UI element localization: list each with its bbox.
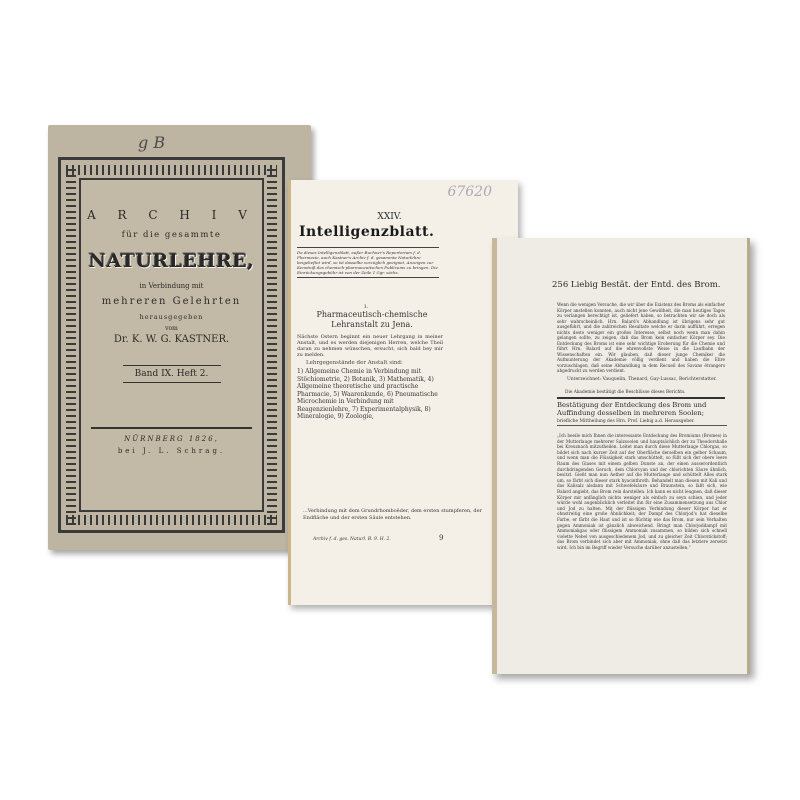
cover-in-verbindung: in Verbindung mit <box>81 282 262 290</box>
cover-publisher: bei J. L. Schrag. <box>81 447 262 455</box>
cover-volume: Band IX. Heft 2. <box>123 365 221 383</box>
report-paragraph: Wenn die wenigen Versuche, die wir über … <box>557 302 725 374</box>
ornamental-border: A R C H I V für die gesammte NATURLEHRE,… <box>58 157 285 533</box>
article-body: Nächste Ostern beginnt ein neuer Lehrgan… <box>297 334 443 358</box>
subjects-list: 1) Allgemeine Chemie in Verbindung mit S… <box>297 368 443 421</box>
article-title: Bestätigung der Entdeckung des Brom und … <box>557 401 727 417</box>
handwritten-mark: g B <box>138 133 165 152</box>
academy-line: Die Akademie bestätigt die Beschlüsse di… <box>565 390 686 395</box>
cover-title-line2: für die gesammte <box>81 230 262 240</box>
cover-place-year: NÜRNBERG 1826, <box>81 435 262 443</box>
intro-note: Da dieses Intelligenzblatt, außer Buchne… <box>297 247 439 278</box>
article-title: Pharmaceutisch-chemische Lehranstalt zu … <box>297 310 447 330</box>
section-number: XXIV. <box>291 212 488 222</box>
cover-title-archiv: A R C H I V <box>81 208 262 222</box>
letter-body: „Ich beeile mich Ihnen die interessante … <box>557 433 727 550</box>
running-header: 256 Liebig Bestät. der Entd. des Brom. <box>552 280 720 290</box>
subjects-heading: Lehrgegenstände der Anstalt sind: <box>306 360 403 366</box>
signatories: Unterzeichnet: Vauquelin, Thenard, Gay-L… <box>567 377 717 382</box>
inventory-number: 67620 <box>447 184 492 200</box>
signature-line: Archiv f. d. ges. Naturl. B. 9. H. 2. <box>313 537 391 542</box>
article-subtitle: briefliche Mittheilung des Hrn. Prof. Li… <box>557 419 727 426</box>
page-number: 9 <box>439 534 443 542</box>
page-title: Intelligenzblatt. <box>299 224 434 240</box>
intelligenzblatt-page: 67620 XXIV. Intelligenzblatt. Da dieses … <box>288 180 518 605</box>
section-divider <box>557 397 725 399</box>
cover-mehreren: mehreren Gelehrten <box>81 296 262 307</box>
cover-title-main: NATURLEHRE, <box>81 250 262 272</box>
cover-title-panel: A R C H I V für die gesammte NATURLEHRE,… <box>79 178 264 512</box>
cover-divider <box>91 427 252 429</box>
cover-vom: vom <box>81 325 262 332</box>
cover-herausgegeben: herausgegeben <box>81 313 262 321</box>
journal-cover: g B A R C H I V für die gesammte NATURLE… <box>48 125 311 550</box>
cover-author: Dr. K. W. G. KASTNER. <box>81 334 262 345</box>
footer-text: ...Verbindung mit dem Grundrhomboëder, d… <box>303 508 503 521</box>
liebig-brom-page: 256 Liebig Bestät. der Entd. des Brom. W… <box>492 238 750 674</box>
